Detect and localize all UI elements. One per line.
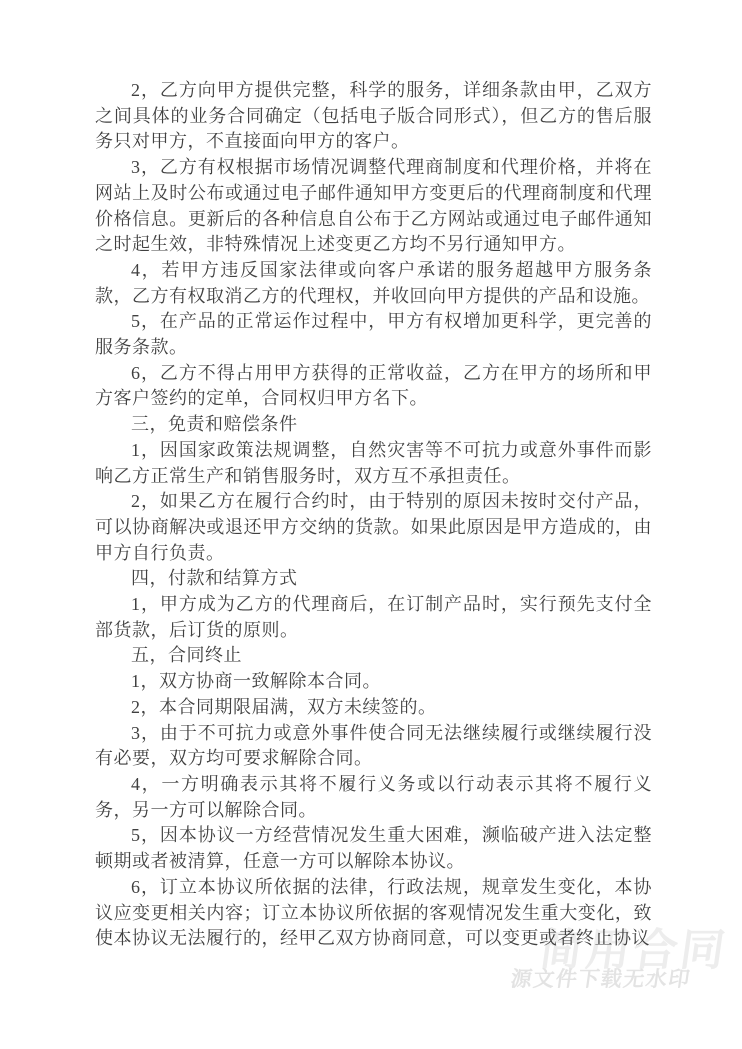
contract-paragraph: 2，本合同期限届满，双方未续签的。 [95,695,652,721]
watermark-subtitle-text: 源文件下载无水印 [509,963,693,993]
contract-paragraph: 4，若甲方违反国家法律或向客户承诺的服务超越甲方服务条款，乙方有权取消乙方的代理… [95,258,652,309]
contract-body-text: 2，乙方向甲方提供完整，科学的服务，详细条款由甲，乙双方之间具体的业务合同确定（… [95,78,652,952]
contract-paragraph: 2，如果乙方在履行合约时，由于特别的原因未按时交付产品，可以协商解决或退还甲方交… [95,489,652,566]
contract-paragraph: 5，因本协议一方经营情况发生重大困难，濒临破产进入法定整顿期或者被清算，任意一方… [95,823,652,874]
contract-paragraph: 1，因国家政策法规调整，自然灾害等不可抗力或意外事件而影响乙方正常生产和销售服务… [95,438,652,489]
contract-paragraph: 6，订立本协议所依据的法律，行政法规，规章发生变化，本协议应变更相关内容；订立本… [95,875,652,952]
contract-paragraph: 3，由于不可抗力或意外事件使合同无法继续履行或继续履行没有必要，双方均可要求解除… [95,721,652,772]
contract-document-page: 简用合同 源文件下载无水印 2，乙方向甲方提供完整，科学的服务，详细条款由甲，乙… [0,0,742,1049]
contract-paragraph: 6，乙方不得占用甲方获得的正常收益，乙方在甲方的场所和甲方客户签约的定单，合同权… [95,361,652,412]
contract-paragraph: 1，甲方成为乙方的代理商后，在订制产品时，实行预先支付全部货款，后订货的原则。 [95,592,652,643]
contract-paragraph: 5，在产品的正常运作过程中，甲方有权增加更科学，更完善的服务条款。 [95,309,652,360]
contract-section-heading: 五，合同终止 [95,643,652,669]
contract-paragraph: 3，乙方有权根据市场情况调整代理商制度和代理价格，并将在网站上及时公布或通过电子… [95,155,652,258]
contract-paragraph: 2，乙方向甲方提供完整，科学的服务，详细条款由甲，乙双方之间具体的业务合同确定（… [95,78,652,155]
contract-paragraph: 4，一方明确表示其将不履行义务或以行动表示其将不履行义务，另一方可以解除合同。 [95,772,652,823]
contract-section-heading: 四，付款和结算方式 [95,566,652,592]
contract-section-heading: 三，免责和赔偿条件 [95,412,652,438]
contract-paragraph: 1，双方协商一致解除本合同。 [95,669,652,695]
